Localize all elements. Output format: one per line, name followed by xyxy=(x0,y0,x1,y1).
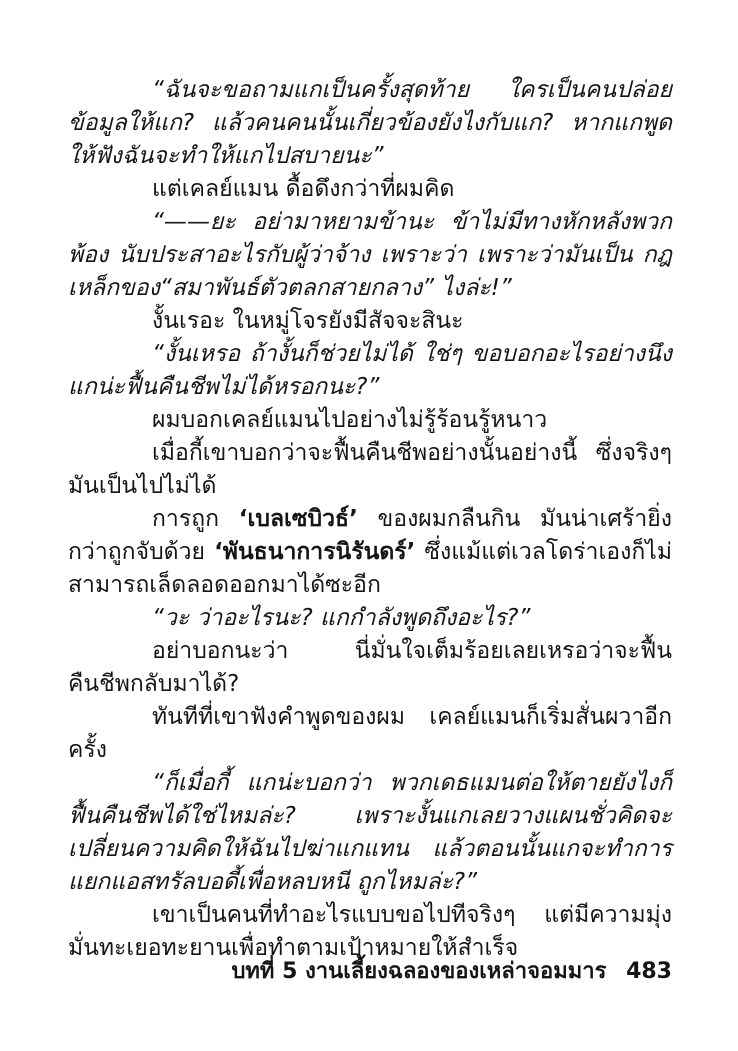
narration-paragraph: ผมบอกเคลย์แมนไปอย่างไม่รู้ร้อนรู้หนาว xyxy=(68,404,672,437)
skill-name-bold: ‘เบลเซบิวธ์’ xyxy=(239,506,358,532)
text-segment: การถูก xyxy=(152,506,239,532)
chapter-title: บทที่ 5 งานเลี้ยงฉลองของเหล่าจอมมาร xyxy=(231,959,606,984)
narration-paragraph: งั้นเรอะ ในหมู่โจรยังมีสัจจะสินะ xyxy=(68,305,672,338)
text-segment: “——ยะ อย่ามาหยามข้านะ ข้าไม่มีทางหักหลัง… xyxy=(68,209,672,301)
narration-paragraph: อย่าบอกนะว่า นี่มั่นใจเต็มร้อยเลยเหรอว่า… xyxy=(68,635,672,701)
text-segment: เมื่อกี้เขาบอกว่าจะฟื้นคืนชีพอย่างนั้นอย… xyxy=(68,440,672,499)
dialogue-paragraph: “ก็เมื่อกี้ แกน่ะบอกว่า พวกเดธแมนต่อให้ต… xyxy=(68,767,672,899)
narration-paragraph: เมื่อกี้เขาบอกว่าจะฟื้นคืนชีพอย่างนั้นอย… xyxy=(68,437,672,503)
text-segment: ผมบอกเคลย์แมนไปอย่างไม่รู้ร้อนรู้หนาว xyxy=(152,407,547,433)
page-footer: บทที่ 5 งานเลี้ยงฉลองของเหล่าจอมมาร 483 xyxy=(231,953,672,988)
dialogue-paragraph: “——ยะ อย่ามาหยามข้านะ ข้าไม่มีทางหักหลัง… xyxy=(68,206,672,305)
text-segment: งั้นเรอะ ในหมู่โจรยังมีสัจจะสินะ xyxy=(152,308,463,334)
dialogue-paragraph: “งั้นเหรอ ถ้างั้นก็ช่วยไม่ได้ ใช่ๆ ขอบอก… xyxy=(68,338,672,404)
text-segment: “ก็เมื่อกี้ แกน่ะบอกว่า พวกเดธแมนต่อให้ต… xyxy=(68,770,672,895)
dialogue-paragraph: “ฉันจะขอถามแกเป็นครั้งสุดท้าย ใครเป็นคนป… xyxy=(68,74,672,173)
text-segment: “วะ ว่าอะไรนะ? แกกำลังพูดถึงอะไร?” xyxy=(152,605,530,631)
page-body: “ฉันจะขอถามแกเป็นครั้งสุดท้าย ใครเป็นคนป… xyxy=(68,74,672,965)
dialogue-paragraph: “วะ ว่าอะไรนะ? แกกำลังพูดถึงอะไร?” xyxy=(68,602,672,635)
narration-paragraph: การถูก ‘เบลเซบิวธ์’ ของผมกลืนกิน มันน่าเ… xyxy=(68,503,672,602)
text-segment: “ฉันจะขอถามแกเป็นครั้งสุดท้าย ใครเป็นคนป… xyxy=(68,77,672,169)
narration-paragraph: ทันทีที่เขาฟังคำพูดของผม เคลย์แมนก็เริ่ม… xyxy=(68,701,672,767)
page-number: 483 xyxy=(626,959,672,984)
text-segment: แต่เคลย์แมน ดื้อดึงกว่าที่ผมคิด xyxy=(152,176,454,202)
skill-name-bold: ‘พันธนาการนิรันดร์’ xyxy=(214,539,415,565)
text-segment: ทันทีที่เขาฟังคำพูดของผม เคลย์แมนก็เริ่ม… xyxy=(68,704,672,763)
text-segment: อย่าบอกนะว่า นี่มั่นใจเต็มร้อยเลยเหรอว่า… xyxy=(68,638,672,697)
text-segment: “งั้นเหรอ ถ้างั้นก็ช่วยไม่ได้ ใช่ๆ ขอบอก… xyxy=(68,341,672,400)
narration-paragraph: แต่เคลย์แมน ดื้อดึงกว่าที่ผมคิด xyxy=(68,173,672,206)
book-page: “ฉันจะขอถามแกเป็นครั้งสุดท้าย ใครเป็นคนป… xyxy=(0,0,738,1051)
